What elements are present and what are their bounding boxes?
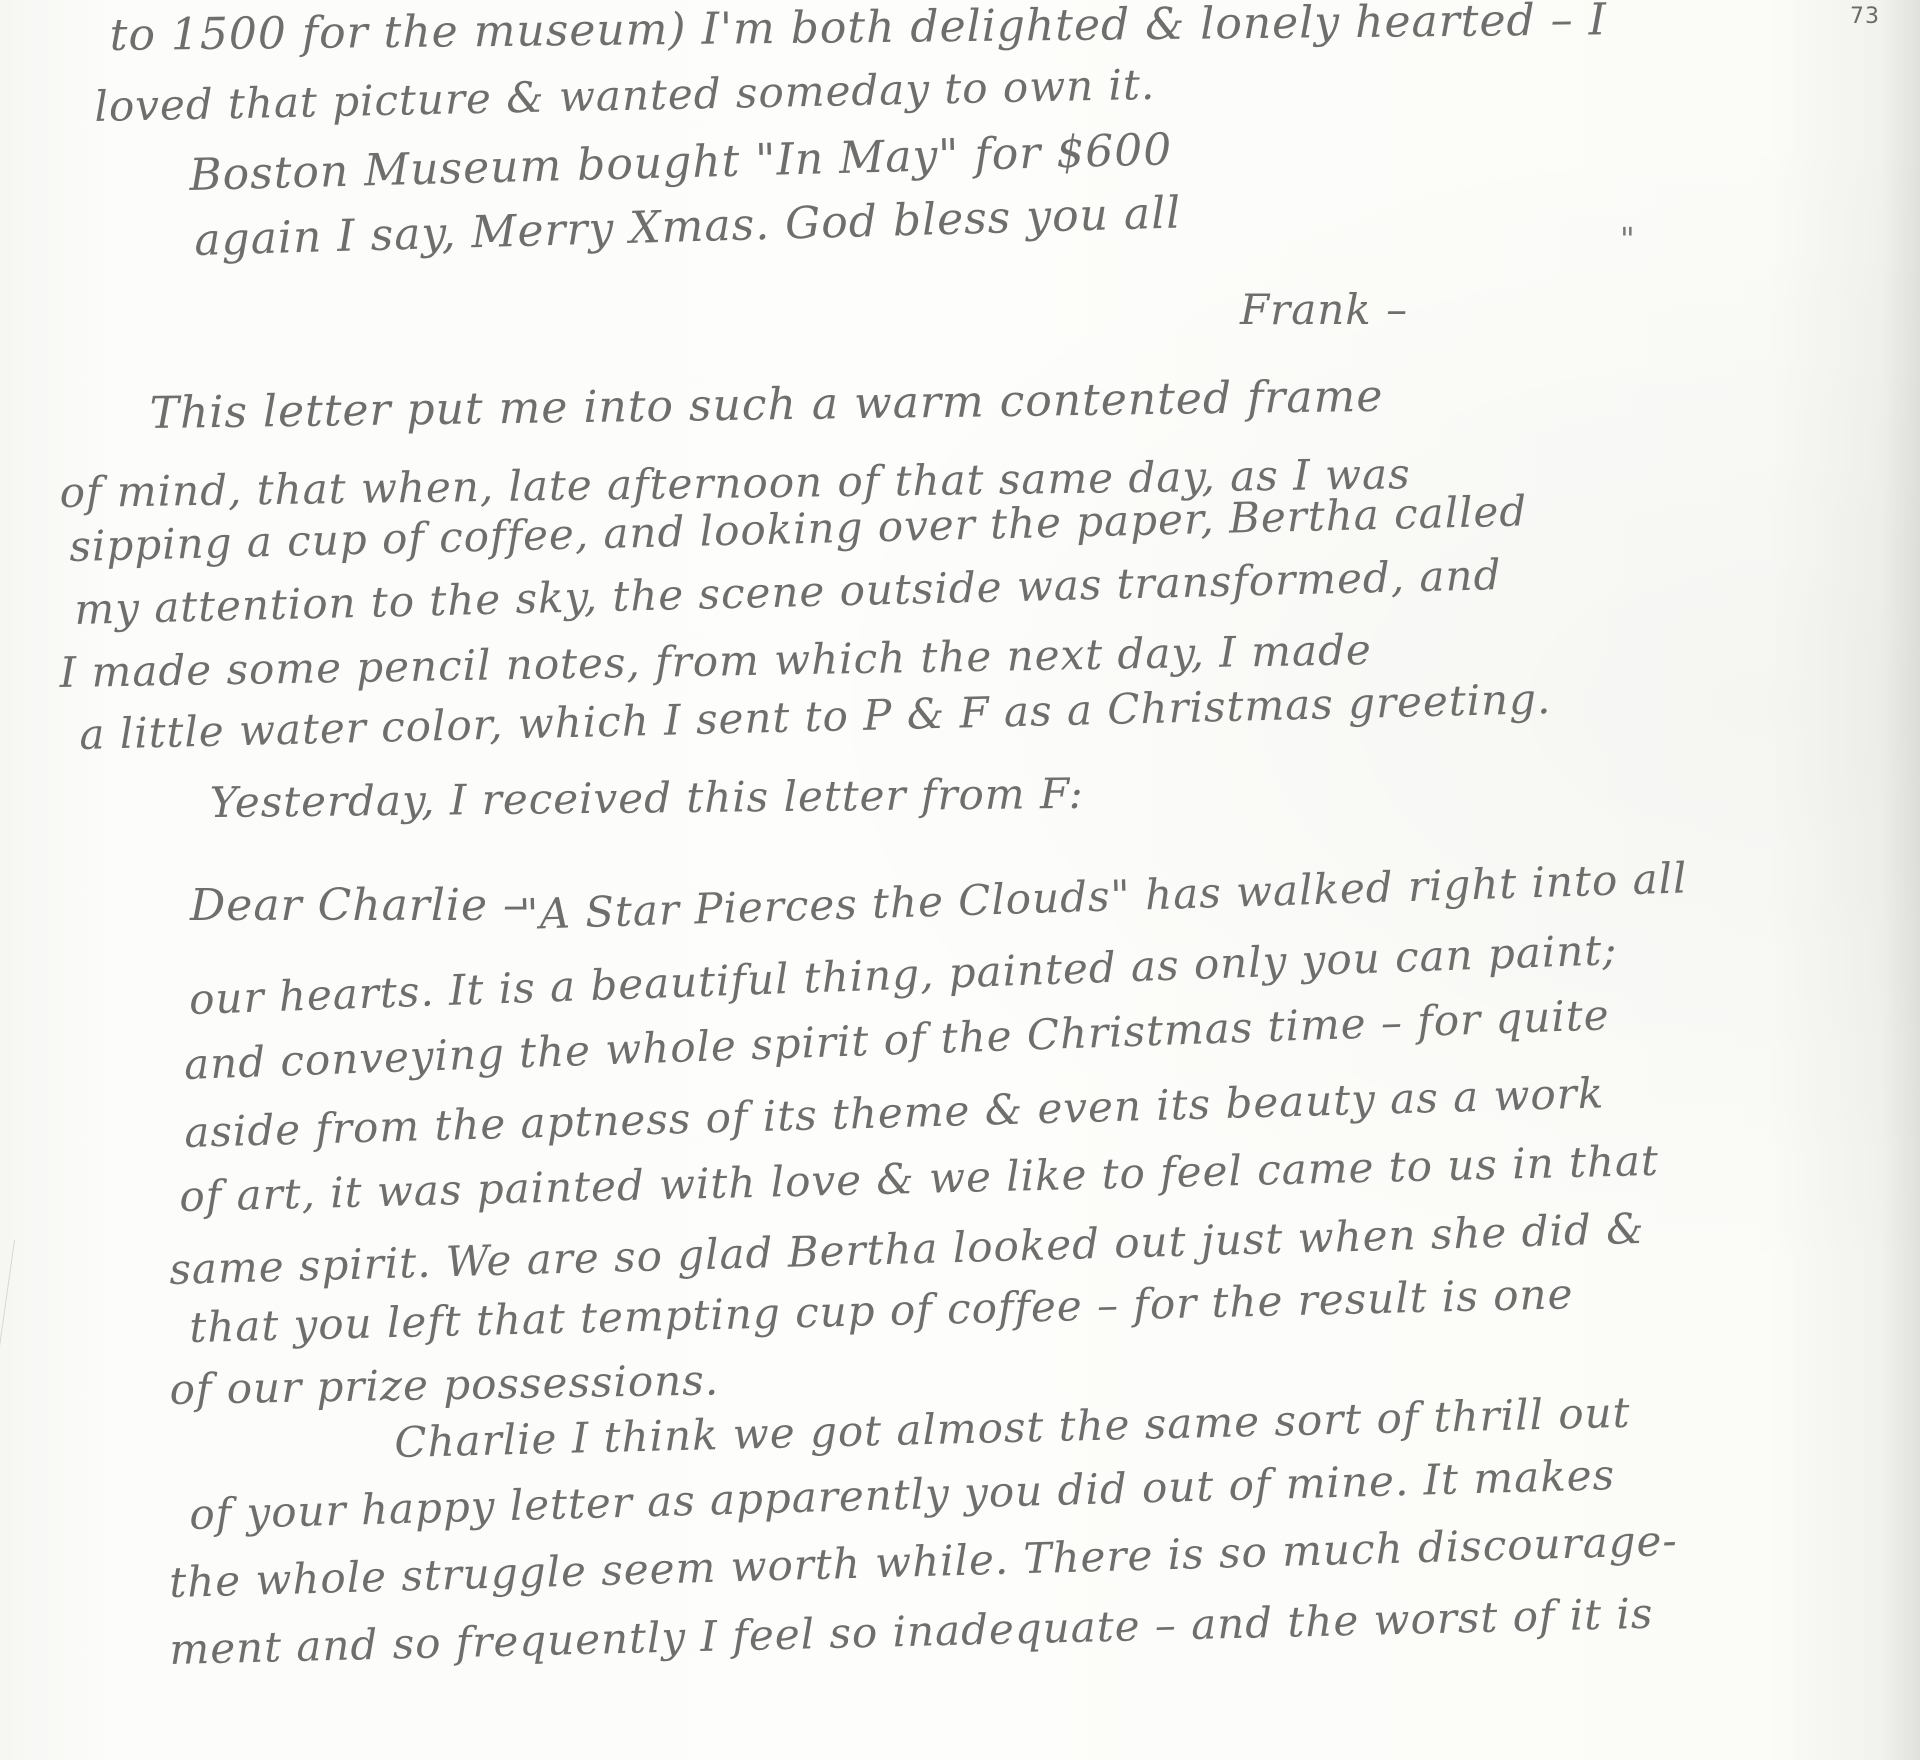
frank-letter-line: ment and so frequently I feel so inadequ… bbox=[169, 1589, 1654, 1674]
narrative-line: This letter put me into such a warm cont… bbox=[149, 371, 1383, 439]
letter-page: 73 to 1500 for the museum) I'm both deli… bbox=[0, 0, 1920, 1760]
frank-letter-line: of our prize possessions. bbox=[169, 1355, 719, 1414]
letter-line: again I say, Merry Xmas. God bless you a… bbox=[194, 187, 1182, 266]
stray-pencil-mark: " bbox=[1620, 220, 1635, 258]
frank-letter-line: "A Star Pierces the Clouds" has walked r… bbox=[518, 853, 1688, 939]
letter-salutation: Dear Charlie – bbox=[190, 880, 526, 931]
letter-line: to 1500 for the museum) I'm both delight… bbox=[109, 0, 1607, 61]
narrative-line: Yesterday, I received this letter from F… bbox=[209, 769, 1084, 827]
letter-line: loved that picture & wanted someday to o… bbox=[94, 60, 1156, 131]
letter-line: Boston Museum bought "In May" for $600 bbox=[189, 124, 1173, 201]
signature-frank: Frank – bbox=[1240, 285, 1408, 334]
page-edge-shadow bbox=[1880, 0, 1920, 1760]
paper-crease bbox=[0, 1240, 85, 1760]
page-number: 73 bbox=[1850, 4, 1880, 29]
